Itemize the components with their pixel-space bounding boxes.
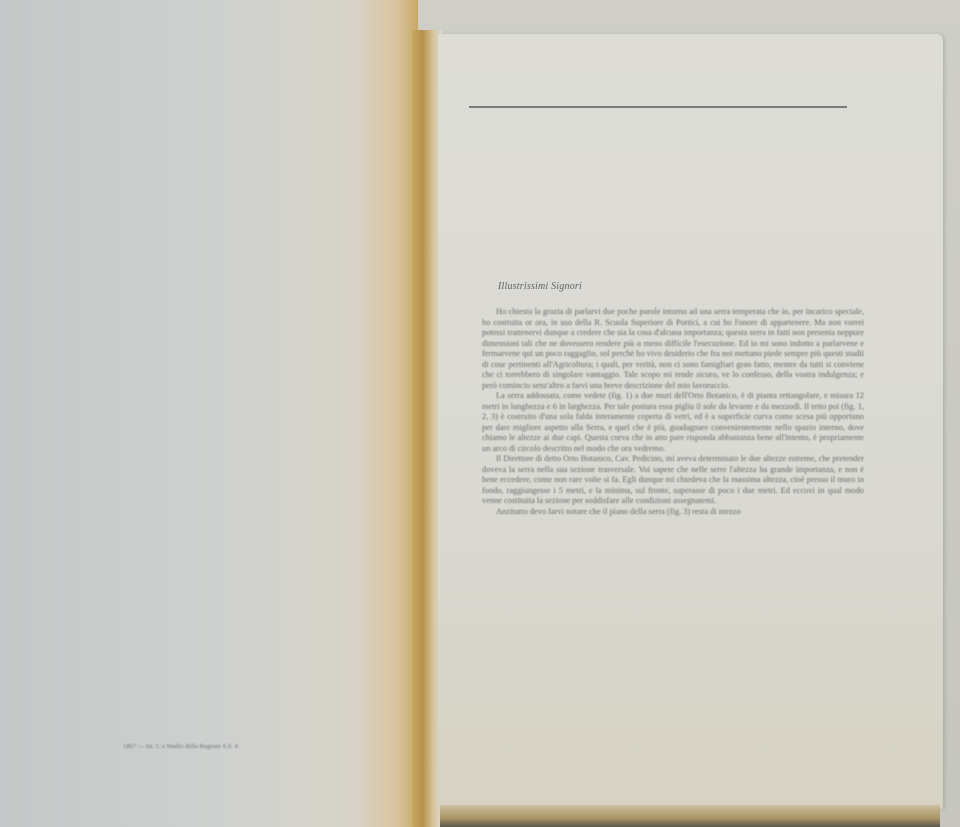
paragraph: Ho chiesto la grazia di parlarvi due poc… <box>482 307 864 391</box>
left-page-footer-note: 1867 — Ist. 1. e Studio della Regione S.… <box>123 743 283 750</box>
header-rule <box>469 106 847 108</box>
body-text: Ho chiesto la grazia di parlarvi due poc… <box>482 307 864 517</box>
page-block-bottom-edge <box>440 805 940 827</box>
paragraph: Il Direttore di detto Orto Botanico, Cav… <box>482 454 864 507</box>
paragraph: La serra addossata, come vedete (fig. 1)… <box>482 391 864 454</box>
paragraph: Anzitutto devo farvi notare che il piano… <box>482 507 864 518</box>
left-page: 1867 — Ist. 1. e Studio della Regione S.… <box>0 0 418 827</box>
salutation-heading: Illustrissimi Signori <box>498 281 698 292</box>
